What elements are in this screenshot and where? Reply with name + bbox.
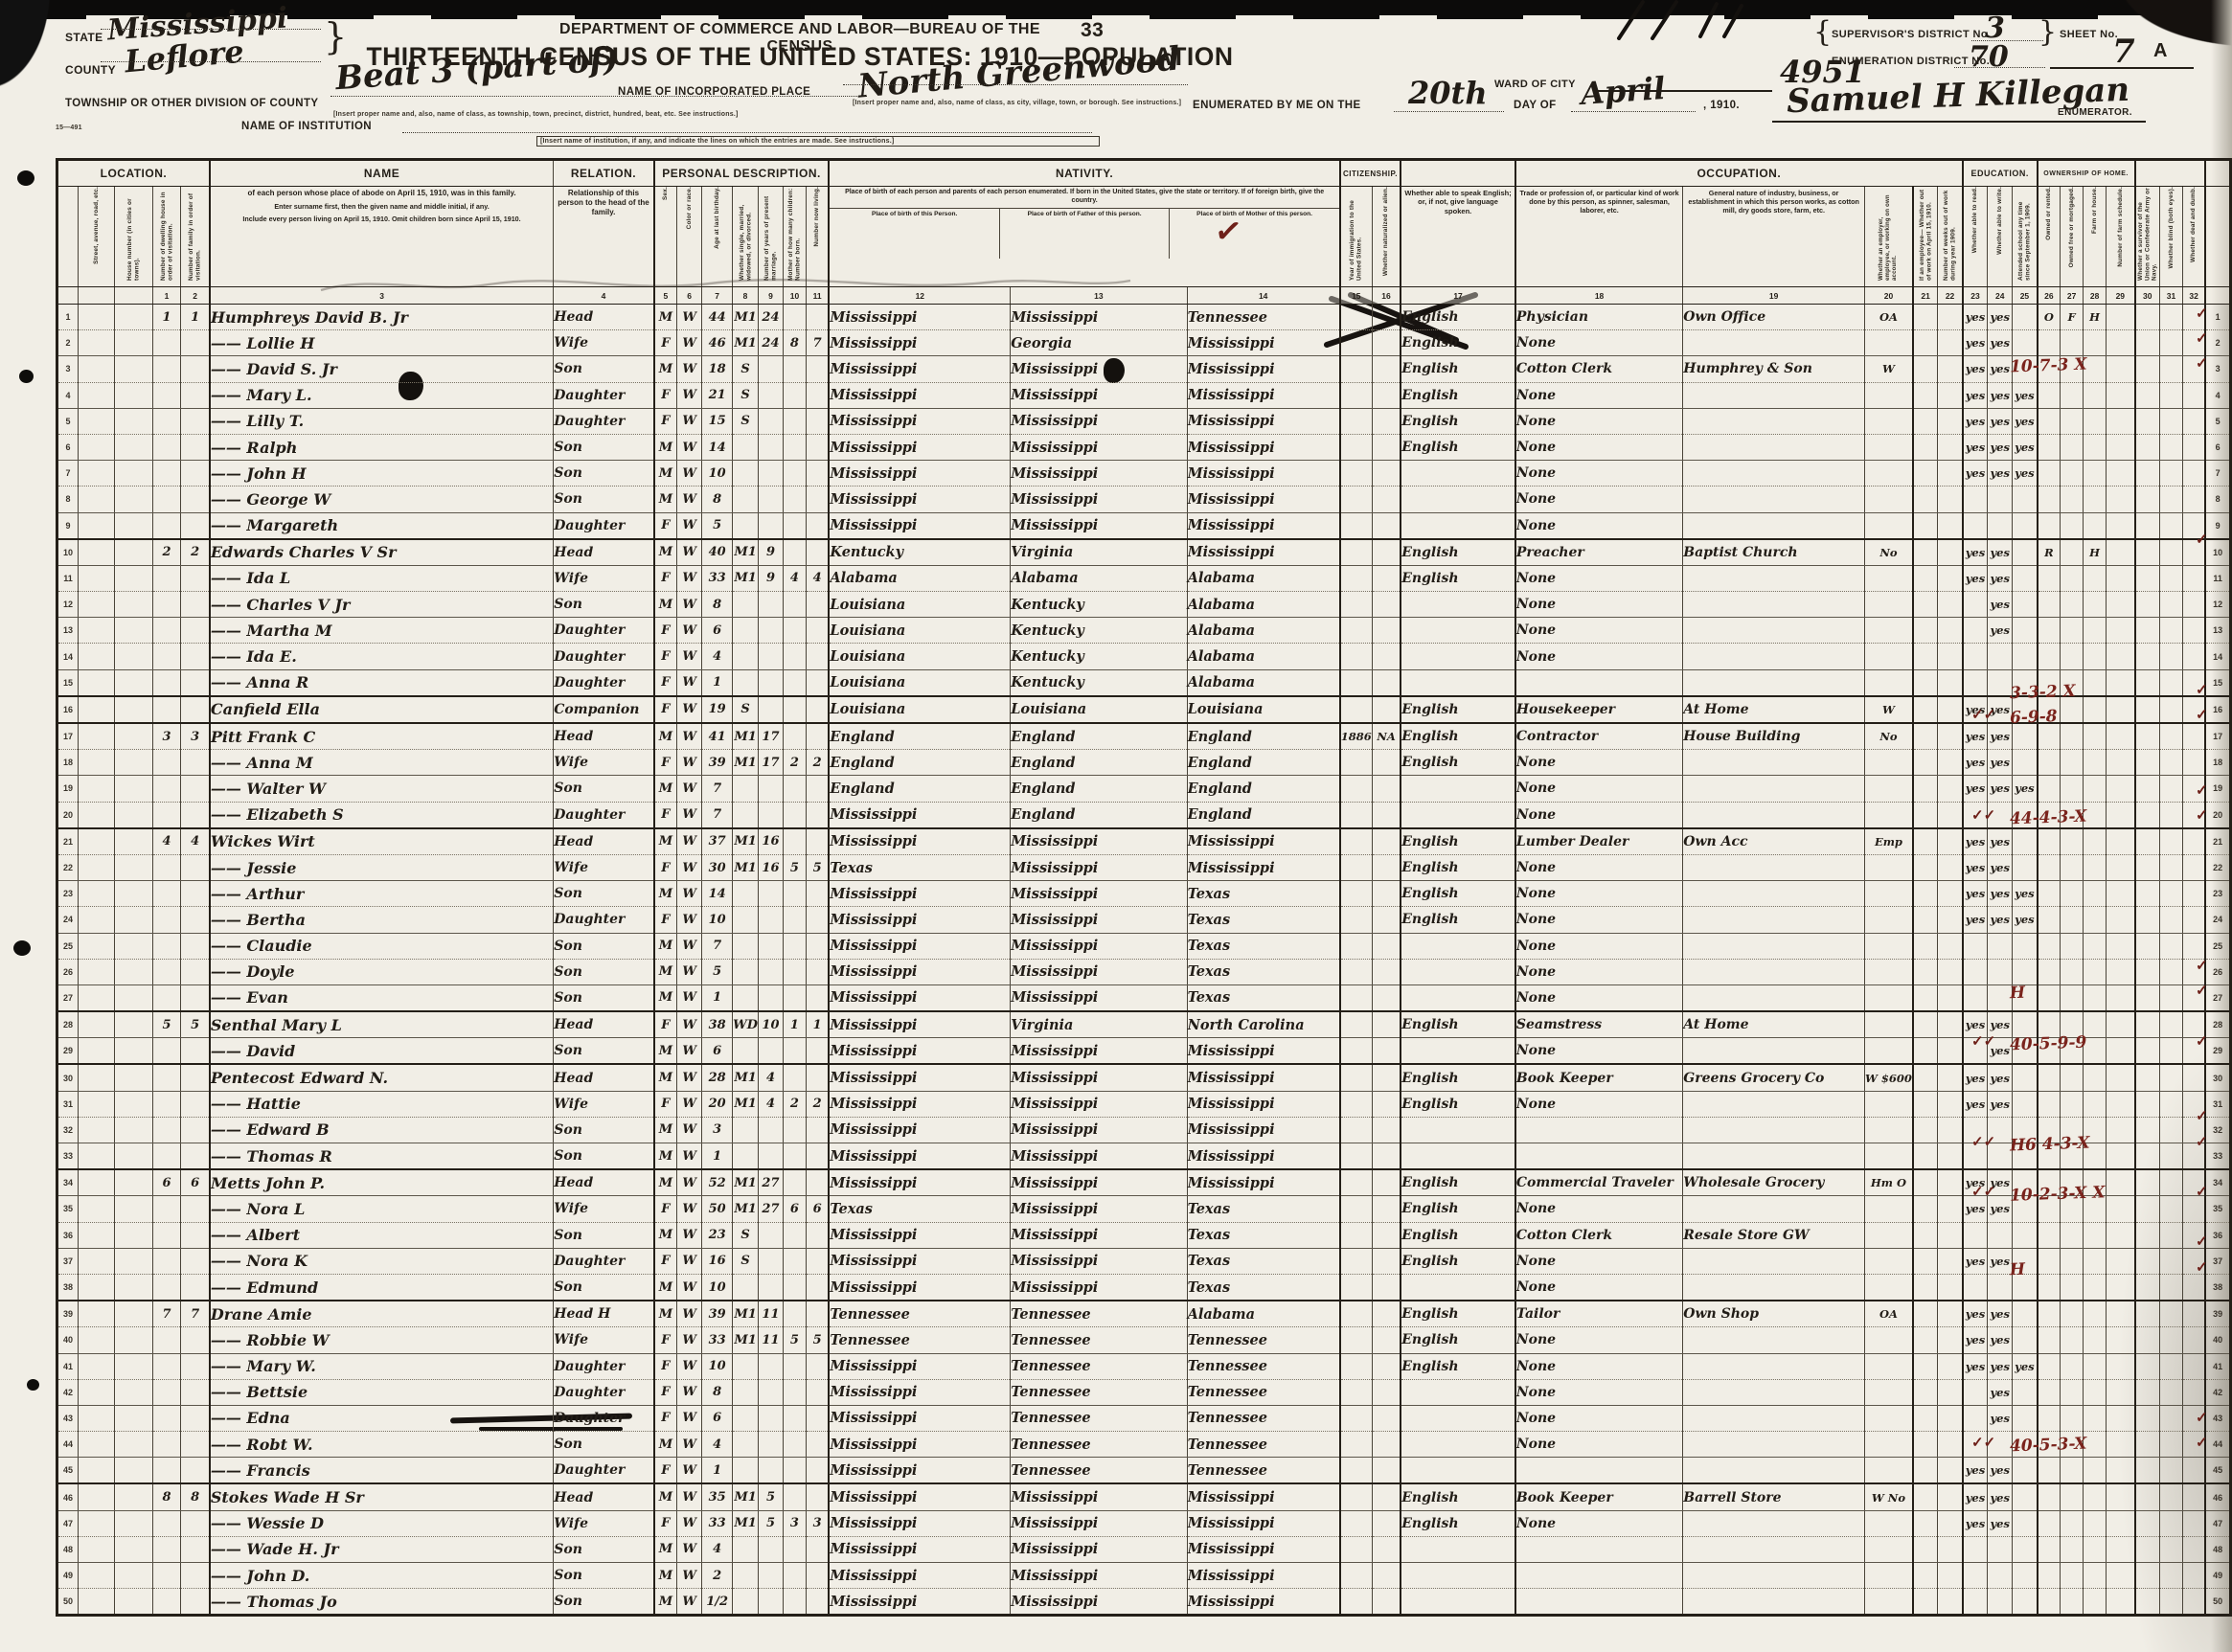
census-row: 9—— MargarethDaughterFW5MississippiMissi… (57, 512, 2231, 539)
group-education: EDUCATION. (1963, 160, 2038, 187)
census-row: 29—— DavidSonMW6MississippiMississippiMi… (57, 1038, 2231, 1065)
state-county-brace: } (324, 15, 347, 57)
margin-annotation: 44-4-3-X (2010, 807, 2087, 829)
census-row: 47—— Wessie DWifeFW33M1533MississippiMis… (57, 1510, 2231, 1536)
col-blind: Whether blind (both eyes). (2160, 187, 2183, 287)
check-mark: ✓ (2196, 1258, 2208, 1276)
census-row: 22—— JessieWifeFW30M11655TexasMississipp… (57, 854, 2231, 880)
hole-punch (13, 940, 31, 956)
census-row: 11—— Ida LWifeFW33M1944AlabamaAlabamaAla… (57, 565, 2231, 591)
census-row: 1733Pitt Frank CHeadMW41M117EnglandEngla… (57, 723, 2231, 750)
census-row: 18—— Anna MWifeFW39M11722EnglandEnglandE… (57, 750, 2231, 776)
census-row: 6—— RalphSonMW14MississippiMississippiMi… (57, 434, 2231, 460)
census-row: 42—— BettsieDaughterFW8MississippiTennes… (57, 1379, 2231, 1405)
county-label: COUNTY (65, 63, 116, 77)
col-industry: General nature of industry, business, or… (1683, 187, 1865, 287)
double-check-mark: ✓✓ (1971, 1032, 1995, 1050)
col-nativity: Place of birth of each person and parent… (829, 187, 1339, 287)
check-mark: ✓ (2196, 329, 2208, 347)
col-immigration: Year of immigration to the United States… (1340, 187, 1373, 287)
col-dwelling: Number of dwelling house in order of vis… (152, 187, 181, 287)
header-check-mark: ✓ (1212, 211, 1244, 253)
census-row: 4—— Mary L.DaughterFW21SMississippiMissi… (57, 382, 2231, 408)
census-row: 32—— Edward BSonMW3MississippiMississipp… (57, 1117, 2231, 1143)
margin-annotation: 40-5-9-9 (2010, 1032, 2087, 1054)
column-header-row: Street, avenue, road, etc. House number … (57, 187, 2231, 287)
col-children-born: Mother of how many children: Number born… (783, 187, 806, 287)
enumerated-label: ENUMERATED BY ME ON THE (1193, 100, 1361, 111)
census-row: 2144Wickes WirtHeadMW37M116MississippiMi… (57, 828, 2231, 855)
group-name: NAME (210, 160, 554, 187)
col-veteran: Whether a survivor of the Union or Confe… (2135, 187, 2160, 287)
census-row: 24—— BerthaDaughterFW10MississippiMissis… (57, 907, 2231, 933)
place-bracket-note: [Insert proper name and, also, name of c… (853, 100, 1197, 106)
margin-annotation: 10-2-3-X X (2010, 1183, 2106, 1205)
census-row: 20—— Elizabeth SDaughterFW7MississippiEn… (57, 802, 2231, 828)
double-check-mark: ✓✓ (1971, 706, 1995, 723)
sheet-suffix: A (2153, 40, 2168, 62)
col-age: Age at last birthday. (702, 187, 733, 287)
census-row: 33—— Thomas RSonMW1MississippiMississipp… (57, 1143, 2231, 1170)
group-misc (2135, 160, 2206, 187)
check-mark: ✓ (2196, 1032, 2208, 1050)
census-row: 5—— Lilly T.DaughterFW15SMississippiMiss… (57, 408, 2231, 434)
col-name: of each person whose place of abode on A… (210, 187, 554, 287)
group-header-row: LOCATION. NAME RELATION. PERSONAL DESCRI… (57, 160, 2231, 187)
check-mark: ✓ (2196, 305, 2208, 322)
census-row: 40—— Robbie WWifeFW33M11155TennesseeTenn… (57, 1327, 2231, 1353)
day-of-label: DAY OF (1514, 100, 1557, 111)
supervisor-district-label: SUPERVISOR'S DISTRICT No. (1832, 29, 1991, 40)
census-row: 38—— EdmundSonMW10MississippiMississippi… (57, 1274, 2231, 1301)
census-row: 12—— Charles V JrSonMW8LouisianaKentucky… (57, 592, 2231, 618)
census-row: 41—— Mary W.DaughterFW10MississippiTenne… (57, 1353, 2231, 1379)
margin-annotation: 6-9-8 (2010, 707, 2058, 728)
col-free-mortgaged: Owned free or mortgaged. (2061, 187, 2084, 287)
census-row: 2—— Lollie HWifeFW46M12487MississippiGeo… (57, 330, 2231, 356)
check-mark: ✓ (2196, 1107, 2208, 1124)
col-out-of-work: If an employee— Whether out of work on A… (1913, 187, 1938, 287)
institution-bracket-note: [Insert name of institution, if any, and… (536, 136, 1100, 147)
col-owned-rented: Owned or rented. (2038, 187, 2061, 287)
census-row: 37—— Nora KDaughterFW16SMississippiMissi… (57, 1248, 2231, 1274)
census-scan-page: { "header": { "state_label": "STATE", "s… (0, 0, 2232, 1652)
check-mark: ✓ (2196, 1183, 2208, 1200)
sheet-value: 7 (2112, 33, 2135, 71)
census-row: 30Pentecost Edward N.HeadMW28M14Mississi… (57, 1064, 2231, 1091)
form-code: 15—491 (56, 124, 82, 131)
group-personal: PERSONAL DESCRIPTION. (654, 160, 830, 187)
margin-annotation: H6 4-3-X (2010, 1133, 2090, 1155)
col-write: Whether able to write. (1988, 187, 2013, 287)
census-row: 7—— John HSonMW10MississippiMississippiM… (57, 461, 2231, 487)
hole-punch (17, 170, 34, 186)
col-relation: Relationship of this person to the head … (554, 187, 654, 287)
enumeration-district-value: 70 (1969, 40, 2009, 74)
group-location: LOCATION. (57, 160, 210, 187)
state-label: STATE (65, 31, 103, 44)
margin-annotation: 40-5-3-X (2010, 1435, 2087, 1457)
check-mark: ✓ (2196, 806, 2208, 824)
col-house-number: House number (in cities or towns). (114, 187, 152, 287)
census-row: 31—— HattieWifeFW20M1422MississippiMissi… (57, 1091, 2231, 1117)
census-row: 8—— George WSonMW8MississippiMississippi… (57, 487, 2231, 512)
township-bracket-note: [Insert proper name and, also, name of c… (333, 111, 870, 118)
place-label: NAME OF INCORPORATED PLACE (618, 86, 810, 98)
margin-annotation: 10-7-3 X (2010, 355, 2087, 377)
group-occupation: OCCUPATION. (1515, 160, 1963, 187)
double-check-mark: ✓✓ (1971, 806, 1995, 824)
enumerator-label: ENUMERATOR. (2058, 107, 2132, 118)
census-row: 3977Drane AmieHead HMW39M111TennesseeTen… (57, 1301, 2231, 1327)
col-employer: Whether an employer, employee, or workin… (1864, 187, 1912, 287)
enumerated-month: April (1580, 70, 1667, 112)
check-mark: ✓ (2196, 1434, 2208, 1451)
margin-annotation: H (2010, 1259, 2026, 1279)
group-nativity: NATIVITY. (829, 160, 1339, 187)
census-row: 36—— AlbertSonMW23SMississippiMississipp… (57, 1222, 2231, 1248)
col-color: Color or race. (677, 187, 702, 287)
census-row: 13—— Martha MDaughterFW6LouisianaKentuck… (57, 618, 2231, 644)
col-deaf: Whether deaf and dumb. (2182, 187, 2205, 287)
check-mark: ✓ (2196, 781, 2208, 799)
pen-scribble-top (1609, 0, 1753, 40)
census-row: 27—— EvanSonMW1MississippiMississippiTex… (57, 984, 2231, 1011)
census-row: 3—— David S. JrSonMW18SMississippiMissis… (57, 356, 2231, 382)
census-row: 26—— DoyleSonMW5MississippiMississippiTe… (57, 959, 2231, 984)
group-line-no (2205, 160, 2230, 187)
page-stamp-number: 33 (1081, 19, 1104, 42)
col-read: Whether able to read. (1963, 187, 1988, 287)
census-row: 14—— Ida E.DaughterFW4LouisianaKentuckyA… (57, 644, 2231, 669)
group-ownership: OWNERSHIP OF HOME. (2038, 160, 2135, 187)
ward-label: WARD OF CITY (1494, 79, 1576, 90)
check-mark: ✓ (2196, 1133, 2208, 1150)
census-row: 25—— ClaudieSonMW7MississippiMississippi… (57, 933, 2231, 959)
census-row: 4688Stokes Wade H SrHeadMW35M15Mississip… (57, 1483, 2231, 1510)
double-check-mark: ✓✓ (1971, 1133, 1995, 1150)
census-row: 49—— John D.SonMW2MississippiMississippi… (57, 1563, 2231, 1589)
col-marital: Whether single, married, widowed, or div… (733, 187, 759, 287)
col-sex: Sex. (654, 187, 677, 287)
check-mark: ✓ (2196, 957, 2208, 974)
census-row: 48—— Wade H. JrSonMW4MississippiMississi… (57, 1536, 2231, 1562)
census-row: 3466Metts John P.HeadMW52M127Mississippi… (57, 1169, 2231, 1196)
census-row: 45—— FrancisDaughterFW1MississippiTennes… (57, 1458, 2231, 1484)
census-rows: 111Humphreys David B. JrHeadMW44M124Miss… (57, 305, 2231, 1616)
census-row: 2855Senthal Mary LHeadFW38WD1011Mississi… (57, 1011, 2231, 1038)
col-trade: Trade or profession of, or particular ki… (1515, 187, 1683, 287)
census-row: 50—— Thomas JoSonMW1/2MississippiMississ… (57, 1589, 2231, 1616)
census-row: 1022Edwards Charles V SrHeadMW40M19Kentu… (57, 539, 2231, 566)
double-check-mark: ✓✓ (1971, 1183, 1995, 1200)
census-table: LOCATION. NAME RELATION. PERSONAL DESCRI… (56, 158, 2232, 1617)
col-weeks-out: Number of weeks out of work during year … (1938, 187, 1963, 287)
check-mark: ✓ (2196, 982, 2208, 999)
census-row: 43—— EdnaDaughterFW6MississippiTennessee… (57, 1405, 2231, 1431)
census-row: 19—— Walter WSonMW7EnglandEnglandEngland… (57, 776, 2231, 802)
scan-corner-left (0, 0, 67, 115)
check-mark: ✓ (2196, 706, 2208, 723)
year-label: , 1910. (1703, 100, 1740, 111)
sheet-label: SHEET No. (2060, 29, 2118, 40)
enumerated-day: 20th (1408, 75, 1488, 111)
group-english (1401, 160, 1515, 187)
census-row: 44—— Robt W.SonMW4MississippiTennesseeTe… (57, 1432, 2231, 1458)
col-school: Attended school any time since September… (2013, 187, 2038, 287)
col-naturalized: Whether naturalized or alien. (1372, 187, 1401, 287)
check-mark: ✓ (2196, 1409, 2208, 1426)
census-row: 16Canfield EllaCompanionFW19SLouisianaLo… (57, 696, 2231, 723)
col-farm-house: Farm or house. (2084, 187, 2107, 287)
margin-annotation: 3-3-2 X (2010, 682, 2076, 703)
census-row: 15—— Anna RDaughterFW1LouisianaKentuckyA… (57, 669, 2231, 696)
hole-punch (27, 1379, 39, 1391)
column-number-row: 1234567891011121314151617181920212223242… (57, 287, 2231, 305)
check-mark: ✓ (2196, 1233, 2208, 1250)
col-street: Street, avenue, road, etc. (78, 187, 114, 287)
check-mark: ✓ (2196, 681, 2208, 698)
check-mark: ✓ (2196, 354, 2208, 372)
group-citizenship: CITIZENSHIP. (1340, 160, 1401, 187)
township-label: TOWNSHIP OR OTHER DIVISION OF COUNTY (65, 98, 318, 109)
institution-label: NAME OF INSTITUTION (241, 121, 372, 132)
col-years-married: Number of years of present marriage. (758, 187, 783, 287)
census-row: 23—— ArthurSonMW14MississippiMississippi… (57, 881, 2231, 907)
double-check-mark: ✓✓ (1971, 1434, 1995, 1451)
col-children-living: Number now living. (806, 187, 829, 287)
census-row: 111Humphreys David B. JrHeadMW44M124Miss… (57, 305, 2231, 330)
col-farm-schedule: Number of farm schedule. (2107, 187, 2135, 287)
check-mark: ✓ (2196, 531, 2208, 548)
group-relation: RELATION. (554, 160, 654, 187)
hole-punch (19, 370, 34, 383)
col-family: Number of family in order of visitation. (181, 187, 210, 287)
margin-annotation: H (2010, 984, 2026, 1004)
col-english: Whether able to speak English; or, if no… (1401, 187, 1515, 287)
census-row: 35—— Nora LWifeFW50M12766TexasMississipp… (57, 1196, 2231, 1222)
